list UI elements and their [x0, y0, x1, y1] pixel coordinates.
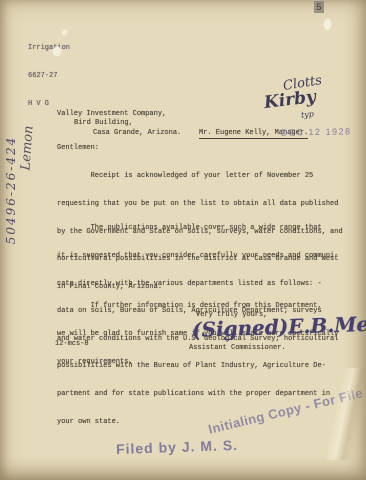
- typed-line: partment and for state publications with…: [57, 390, 338, 399]
- typist-initials: 12-mcs-8: [55, 340, 89, 349]
- typed-line: it is suggested that you consider carefu…: [57, 252, 338, 261]
- margin-file-number: 50496-26-424: [4, 115, 18, 265]
- address-line-city: Casa Grande, Arizona.: [93, 129, 181, 138]
- file-reference-line: H V G: [28, 100, 70, 109]
- paper-flaw: [324, 19, 331, 30]
- margin-handwritten-name: Lemon: [17, 109, 38, 188]
- address-line-building: Bird Building,: [74, 119, 133, 128]
- salutation: Gentlemen:: [57, 144, 99, 153]
- handwritten-note-small: typ: [300, 109, 314, 120]
- address-line-company: Valley Investment Company,: [57, 110, 166, 119]
- typed-line: Receipt is acknowledged of your letter o…: [57, 172, 343, 181]
- signer-title: Assistant Commissioner.: [189, 344, 286, 353]
- typed-line: your requirements.: [57, 358, 338, 367]
- typed-line: The publications available cover such a …: [57, 224, 338, 233]
- typed-line: your own state.: [57, 418, 338, 427]
- received-date-stamp: DEC 12 1928: [281, 126, 352, 137]
- page-number: 5: [314, 1, 324, 13]
- file-reference-line: 6627-27: [28, 72, 70, 81]
- letter-page: 5 Irrigation 6627-27 H V G Clotts Kirby …: [0, 0, 366, 480]
- file-reference-line: Irrigation: [28, 44, 70, 53]
- filed-by-stamp: Filed by J. M. S.: [116, 437, 239, 457]
- paper-crease: [312, 368, 366, 460]
